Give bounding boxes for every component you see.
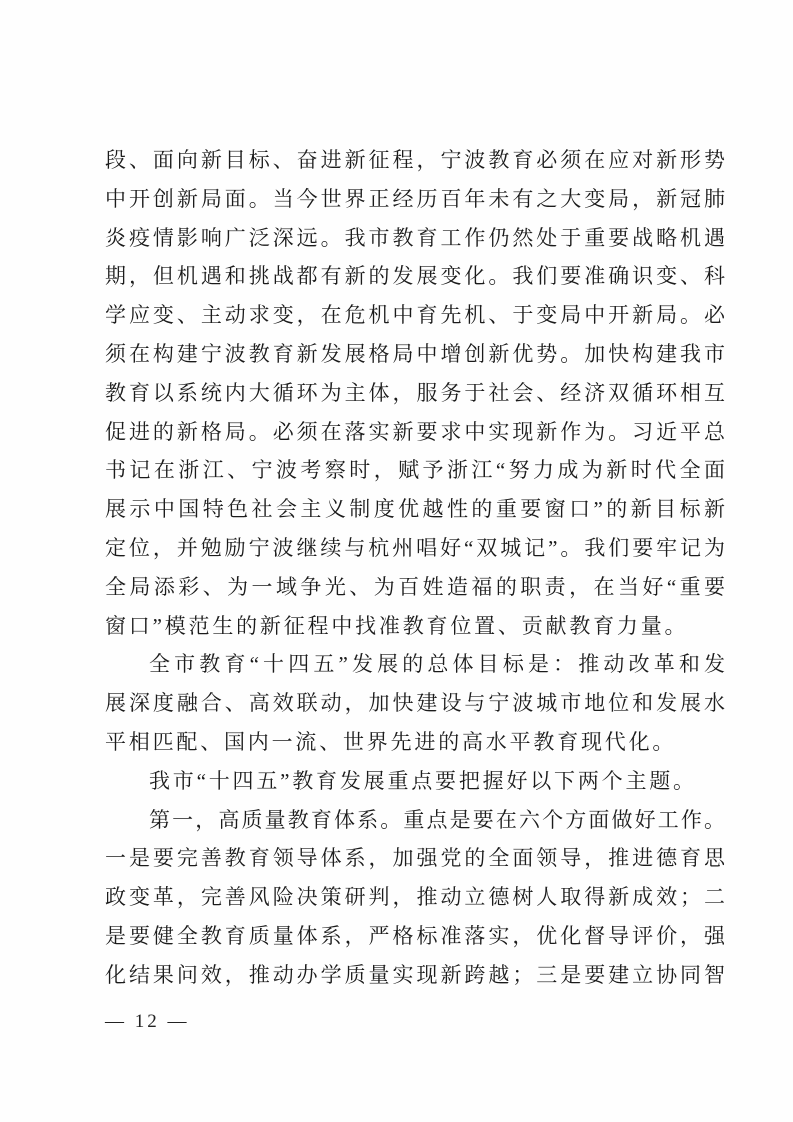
text-line: 促进的新格局。必须在落实新要求中实现新作为。习近平总 <box>105 413 725 452</box>
text-line: 教育以系统内大循环为主体，服务于社会、经济双循环相互 <box>105 374 725 413</box>
text-line: 炎疫情影响广泛深远。我市教育工作仍然处于重要战略机遇 <box>105 219 725 258</box>
text-line: 第一，高质量教育体系。重点是要在六个方面做好工作。 <box>105 801 725 840</box>
text-line: 我市“十四五”教育发展重点要把握好以下两个主题。 <box>105 762 725 801</box>
text-line: 学应变、主动求变，在危机中育先机、于变局中开新局。必 <box>105 296 725 335</box>
text-line: 全市教育“十四五”发展的总体目标是：推动改革和发 <box>105 645 725 684</box>
document-body: 段、面向新目标、奋进新征程，宁波教育必须在应对新形势中开创新局面。当今世界正经历… <box>105 141 725 995</box>
text-line: 窗口”模范生的新征程中找准教育位置、贡献教育力量。 <box>105 607 725 646</box>
text-line: 须在构建宁波教育新发展格局中增创新优势。加快构建我市 <box>105 335 725 374</box>
text-line: 全局添彩、为一域争光、为百姓造福的职责，在当好“重要 <box>105 568 725 607</box>
document-page: 段、面向新目标、奋进新征程，宁波教育必须在应对新形势中开创新局面。当今世界正经历… <box>0 0 793 1122</box>
text-line: 是要健全教育质量体系，严格标准落实，优化督导评价，强 <box>105 917 725 956</box>
text-line: 化结果问效，推动办学质量实现新跨越；三是要建立协同智 <box>105 956 725 995</box>
text-line: 平相匹配、国内一流、世界先进的高水平教育现代化。 <box>105 723 725 762</box>
text-line: 展深度融合、高效联动，加快建设与宁波城市地位和发展水 <box>105 684 725 723</box>
page-footer: — 12 — <box>105 1003 190 1041</box>
text-line: 展示中国特色社会主义制度优越性的重要窗口”的新目标新 <box>105 490 725 529</box>
text-line: 期，但机遇和挑战都有新的发展变化。我们要准确识变、科 <box>105 257 725 296</box>
text-line: 书记在浙江、宁波考察时，赋予浙江“努力成为新时代全面 <box>105 451 725 490</box>
text-line: 中开创新局面。当今世界正经历百年未有之大变局，新冠肺 <box>105 180 725 219</box>
text-line: 一是要完善教育领导体系，加强党的全面领导，推进德育思 <box>105 839 725 878</box>
page-number: — 12 — <box>105 1011 190 1032</box>
text-line: 段、面向新目标、奋进新征程，宁波教育必须在应对新形势 <box>105 141 725 180</box>
text-line: 定位，并勉励宁波继续与杭州唱好“双城记”。我们要牢记为 <box>105 529 725 568</box>
text-line: 政变革，完善风险决策研判，推动立德树人取得新成效；二 <box>105 878 725 917</box>
